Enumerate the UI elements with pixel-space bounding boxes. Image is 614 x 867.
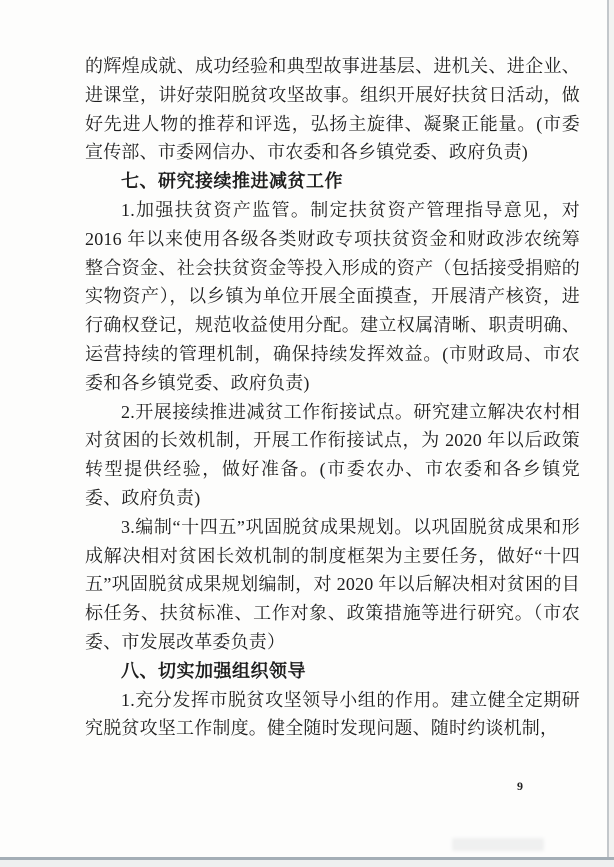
body-paragraph-item-1-leading-group: 1.充分发挥市脱贫攻坚领导小组的作用。建立健全定期研究脱贫攻坚工作制度。健全随时…: [85, 686, 580, 744]
body-paragraph-continuation: 的辉煌成就、成功经验和典型故事进基层、进机关、进企业、进课堂，讲好荥阳脱贫攻坚故…: [85, 52, 580, 167]
body-paragraph-item-1-asset-supervision: 1.加强扶贫资产监管。制定扶贫资产管理指导意见，对 2016 年以来使用各级各类…: [85, 196, 580, 398]
document-body: 的辉煌成就、成功经验和典型故事进基层、进机关、进企业、进课堂，讲好荥阳脱贫攻坚故…: [85, 52, 580, 743]
scan-edge-right-line: [607, 0, 609, 867]
body-paragraph-item-2-pilot-transition: 2.开展接续推进减贫工作衔接试点。研究建立解决农村相对贫困的长效机制，开展工作衔…: [85, 398, 580, 513]
scanned-document-page: 的辉煌成就、成功经验和典型故事进基层、进机关、进企业、进课堂，讲好荥阳脱贫攻坚故…: [0, 0, 614, 867]
body-paragraph-item-3-planning: 3.编制“十四五”巩固脱贫成果规划。以巩固脱贫成果和形成解决相对贫困长效机制的制…: [85, 513, 580, 657]
section-heading-eight: 八、切实加强组织领导: [85, 657, 580, 686]
section-heading-seven: 七、研究接续推进减贫工作: [85, 167, 580, 196]
faint-watermark: [452, 838, 544, 851]
scan-edge-bottom-under: [0, 860, 614, 867]
page-number: 9: [517, 779, 523, 794]
